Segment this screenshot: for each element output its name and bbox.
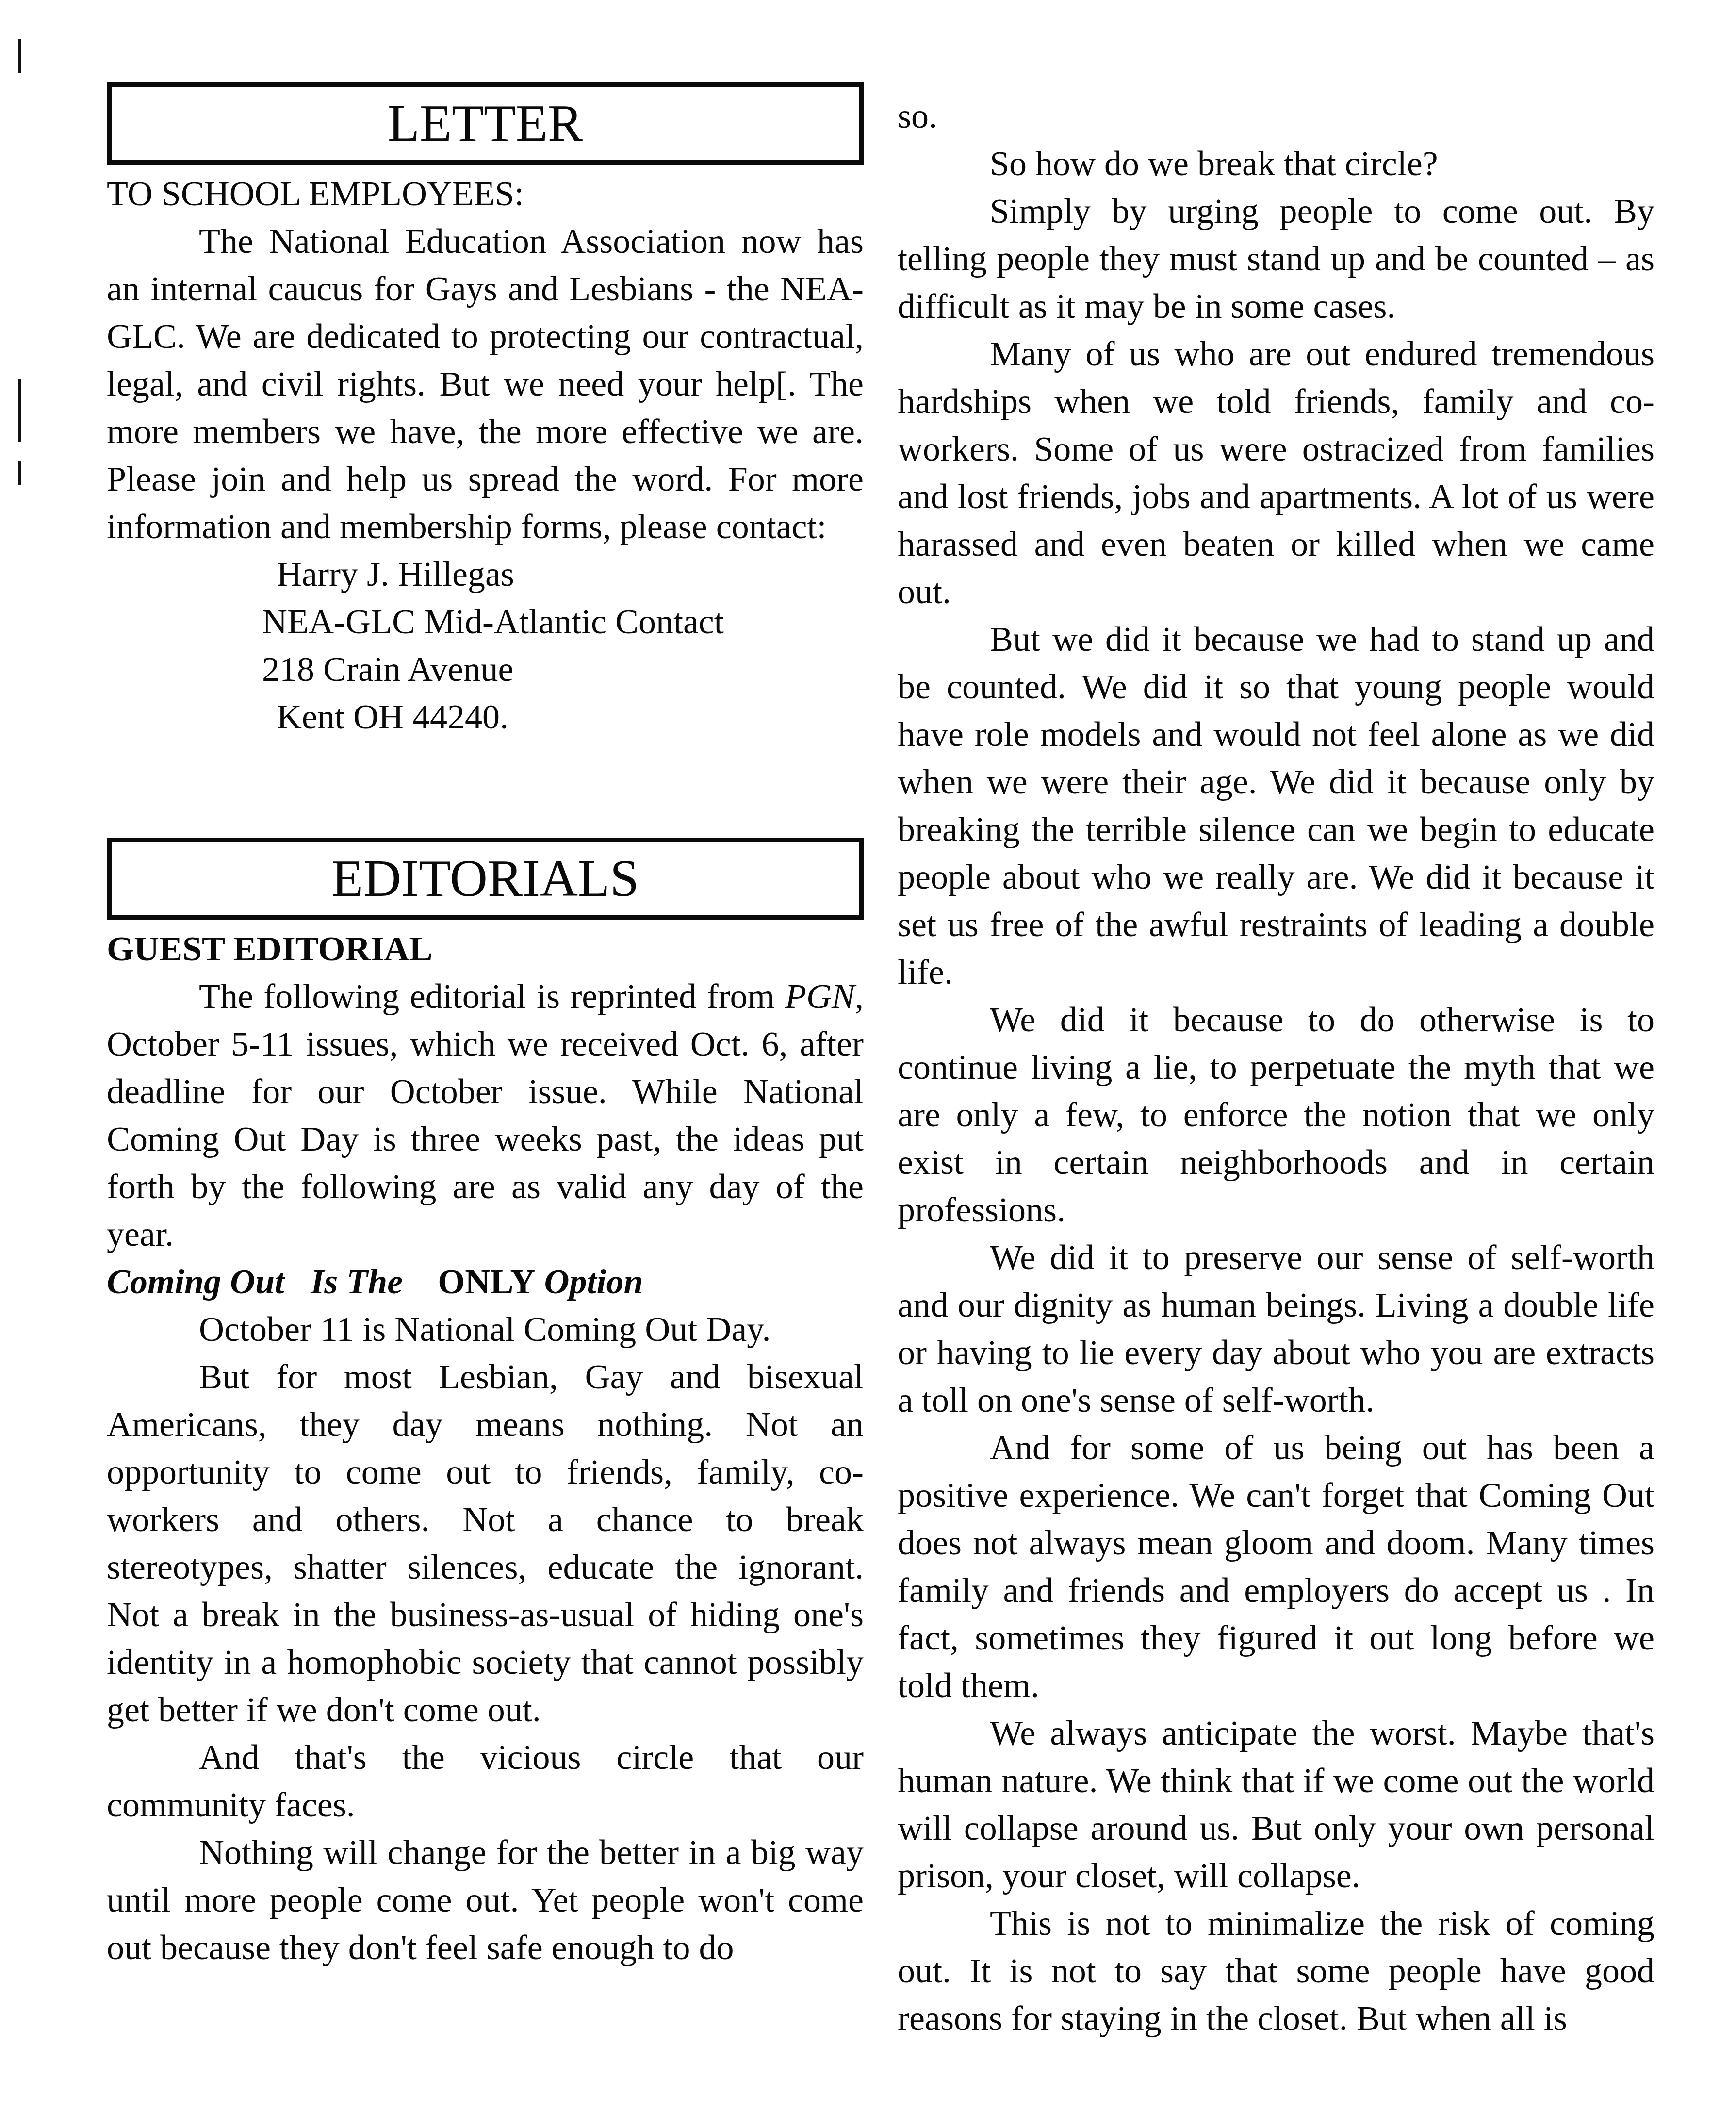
editorial-paragraph: And for some of us being out has been a … xyxy=(898,1424,1654,1709)
right-column: so. So how do we break that circle? Simp… xyxy=(898,92,1654,2042)
editorial-title: Coming Out Is The ONLY Option xyxy=(107,1258,864,1305)
editorial-continuation: so. xyxy=(898,92,1654,140)
left-column: LETTER TO SCHOOL EMPLOYEES: The National… xyxy=(107,82,864,1971)
editorial-paragraph: October 11 is National Coming Out Day. xyxy=(107,1305,864,1353)
guest-editorial-subheading: GUEST EDITORIAL xyxy=(107,925,864,973)
editorial-paragraph: And that's the vicious circle that our c… xyxy=(107,1733,864,1829)
letter-salutation: TO SCHOOL EMPLOYEES: xyxy=(107,170,864,217)
contact-title: NEA-GLC Mid-Atlantic Contact xyxy=(107,598,864,645)
letter-heading: LETTER xyxy=(107,82,864,165)
contact-name: Harry J. Hillegas xyxy=(107,550,864,598)
editorial-intro: The following editorial is reprinted fro… xyxy=(107,973,864,1258)
publication-name: PGN xyxy=(785,977,855,1016)
editorial-paragraph: Nothing will change for the better in a … xyxy=(107,1829,864,1971)
editorial-paragraph: Many of us who are out endured tremendou… xyxy=(898,330,1654,615)
scan-mark xyxy=(18,461,21,485)
scan-mark xyxy=(18,39,21,73)
contact-street: 218 Crain Avenue xyxy=(107,645,864,693)
contact-city: Kent OH 44240. xyxy=(107,693,864,741)
editorials-heading: EDITORIALS xyxy=(107,838,864,920)
editorial-paragraph: This is not to minimalize the risk of co… xyxy=(898,1899,1654,2042)
editorial-paragraph: We did it because to do otherwise is to … xyxy=(898,996,1654,1234)
editorial-paragraph: Simply by urging people to come out. By … xyxy=(898,187,1654,330)
letter-body: The National Education Association now h… xyxy=(107,217,864,550)
editorial-paragraph: But for most Lesbian, Gay and bisexual A… xyxy=(107,1353,864,1733)
editorial-paragraph: But we did it because we had to stand up… xyxy=(898,615,1654,996)
scan-mark xyxy=(18,379,21,442)
editorial-paragraph: We did it to preserve our sense of self-… xyxy=(898,1234,1654,1424)
editorial-paragraph: We always anticipate the worst. Maybe th… xyxy=(898,1709,1654,1899)
editorial-paragraph: So how do we break that circle? xyxy=(898,140,1654,187)
